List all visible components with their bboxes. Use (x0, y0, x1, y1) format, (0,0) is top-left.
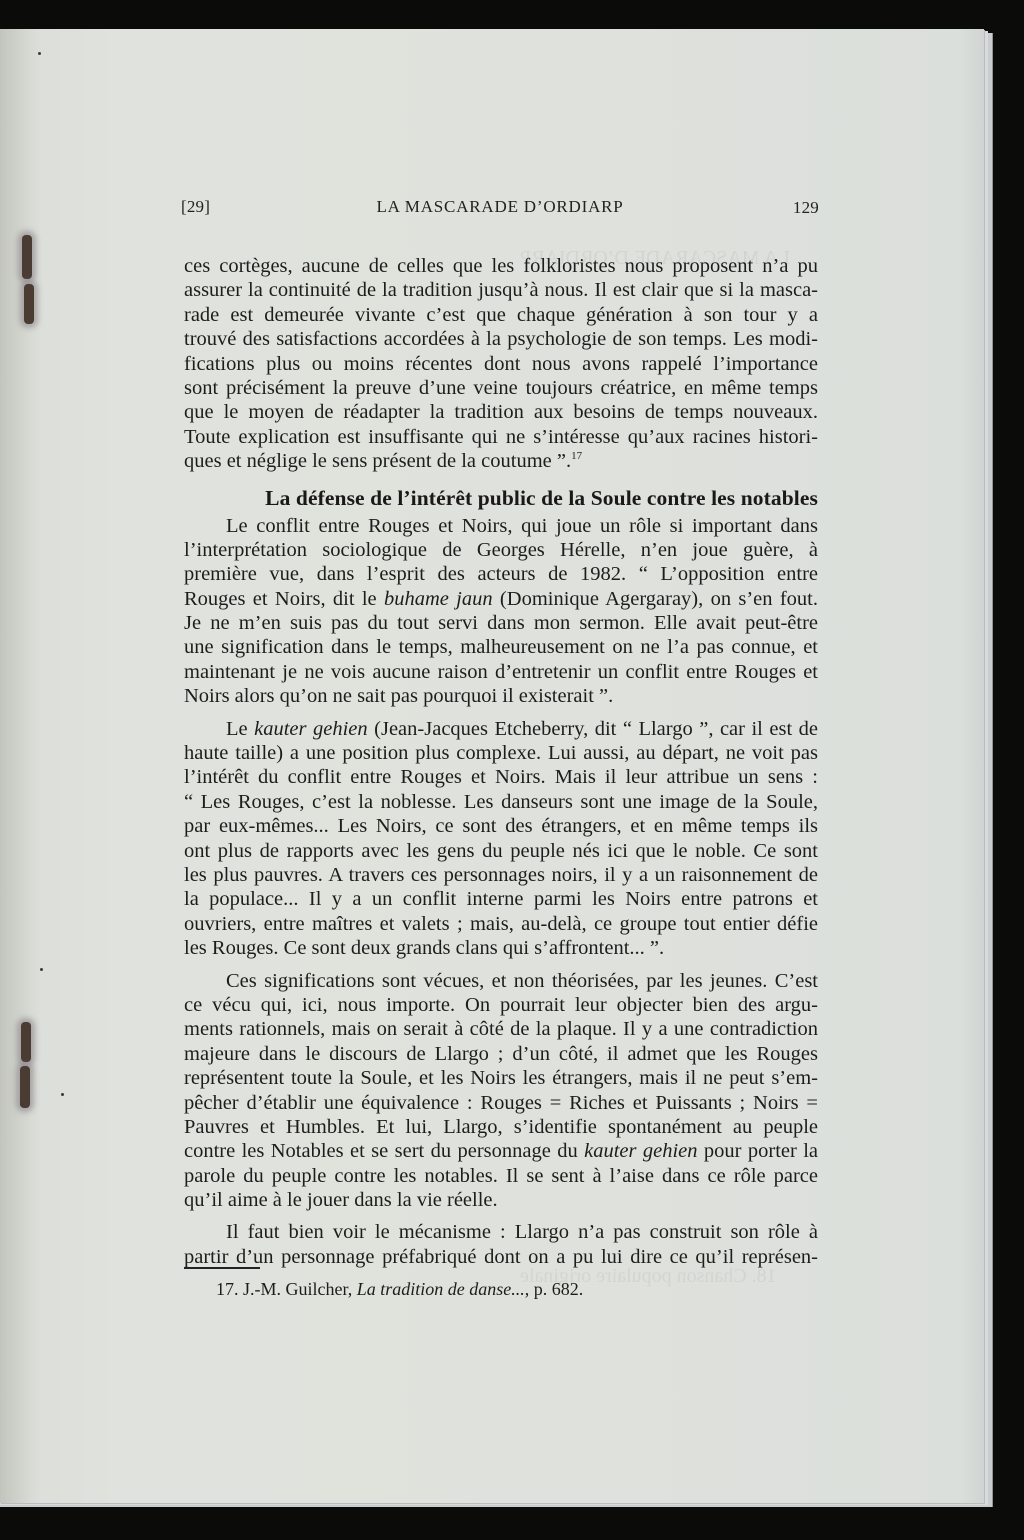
text-line: Noirs alors qu’on ne sait pas pourquoi i… (184, 684, 818, 708)
text-line: les Rouges. Ce sont deux grands clans qu… (184, 936, 818, 960)
text-line: l’interprétation sociologique de Georges… (184, 538, 818, 562)
staple-hole-icon (20, 1066, 30, 1108)
footnote-17: 17. J.-M. Guilcher, La tradition de dans… (216, 1279, 583, 1300)
text-line: ments rationnels, mais on serait à côté … (184, 1017, 818, 1041)
paragraph-2: Le conflit entre Rouges et Noirs, qui jo… (184, 514, 818, 709)
text-line: assurer la continuité de la tradition ju… (184, 278, 818, 302)
text-line: haute taille) a une position plus comple… (184, 741, 818, 765)
text-line: Il faut bien voir le mécanisme : Llargo … (184, 1220, 818, 1244)
paper-speck (61, 1093, 64, 1096)
text-line: rade est demeurée vivante c’est que chaq… (184, 303, 818, 327)
text-line: ouvriers, entre maîtres et valets ; mais… (184, 912, 818, 936)
text-line: ont plus de rapports avec les gens du pe… (184, 839, 818, 863)
text-line: trouvé des satisfactions accordées à la … (184, 327, 818, 351)
text-line: majeure dans le discours de Llargo ; d’u… (184, 1042, 818, 1066)
text-line: Pauvres et Humbles. Et lui, Llargo, s’id… (184, 1115, 818, 1139)
italic-term: buhame jaun (384, 588, 493, 610)
gutter-shadow (0, 29, 40, 1503)
text-line: Rouges et Noirs, dit le buhame jaun (Dom… (184, 587, 818, 611)
text-line: contre les Notables et se sert du person… (184, 1139, 818, 1163)
text-line: que le moyen de réadapter la tradition a… (184, 400, 818, 424)
text-line: les plus pauvres. A travers ces personna… (184, 863, 818, 887)
text-line: une signification dans le temps, malheur… (184, 635, 818, 659)
paragraph-3: Le kauter gehien (Jean-Jacques Etcheberr… (184, 717, 818, 961)
footnote-divider (184, 1267, 260, 1269)
text-line: première vue, dans l’esprit des acteurs … (184, 562, 818, 586)
text-line: pêcher d’établir une équivalence : Rouge… (184, 1091, 818, 1115)
text-line: la populace... Il y a un conflit interne… (184, 887, 818, 911)
footnote-title: La tradition de danse... (357, 1279, 525, 1299)
italic-term: kauter gehien (584, 1140, 697, 1162)
running-head: [29] LA MASCARADE D’ORDIARP 129 (181, 197, 819, 221)
text-line: “ Les Rouges, c’est la noblesse. Les dan… (184, 790, 818, 814)
staple-hole-icon (21, 1022, 31, 1062)
running-title: LA MASCARADE D’ORDIARP (181, 197, 819, 217)
paper-speck (40, 968, 43, 971)
text-line: Toute explication est insuffisante qui n… (184, 425, 818, 449)
text-line: ces cortèges, aucune de celles que les f… (184, 254, 818, 278)
text-line: fications plus ou moins récentes dont no… (184, 352, 818, 376)
text-line: parole du peuple contre les notables. Il… (184, 1164, 818, 1188)
text-line: Je ne m’en suis pas du tout servi dans m… (184, 611, 818, 635)
staple-hole-icon (24, 284, 34, 324)
body-text: ces cortèges, aucune de celles que les f… (184, 254, 818, 1269)
text-line: Ces significations sont vécues, et non t… (184, 969, 818, 993)
text-line: Le conflit entre Rouges et Noirs, qui jo… (184, 514, 818, 538)
text-line: ques et néglige le sens présent de la co… (184, 449, 818, 473)
text-line: qu’il aime à le jouer dans la vie réelle… (184, 1188, 818, 1212)
text-line: Le kauter gehien (Jean-Jacques Etcheberr… (184, 717, 818, 741)
italic-term: kauter gehien (254, 718, 368, 740)
text-line: sont précisément la preuve d’une veine t… (184, 376, 818, 400)
paper-speck (38, 52, 41, 55)
page-number: 129 (793, 198, 819, 218)
text-line: ce vécu qui, ici, nous importe. On pourr… (184, 993, 818, 1017)
text-line: maintenant je ne vois aucune raison d’en… (184, 660, 818, 684)
paper-speck (20, 1103, 23, 1106)
footnote-ref[interactable]: 17 (571, 450, 582, 462)
paragraph-1: ces cortèges, aucune de celles que les f… (184, 254, 818, 474)
text-line: l’intérêt du conflit entre Rouges et Noi… (184, 765, 818, 789)
section-heading: La défense de l’intérêt public de la Sou… (184, 486, 818, 512)
paragraph-4: Ces significations sont vécues, et non t… (184, 969, 818, 1213)
text-line: représentent toute la Soule, et les Noir… (184, 1066, 818, 1090)
text-line: partir d’un personnage préfabriqué dont … (184, 1245, 818, 1269)
paragraph-5: Il faut bien voir le mécanisme : Llargo … (184, 1220, 818, 1269)
staple-hole-icon (22, 235, 32, 279)
text-line: par eux-mêmes... Les Noirs, ce sont des … (184, 814, 818, 838)
